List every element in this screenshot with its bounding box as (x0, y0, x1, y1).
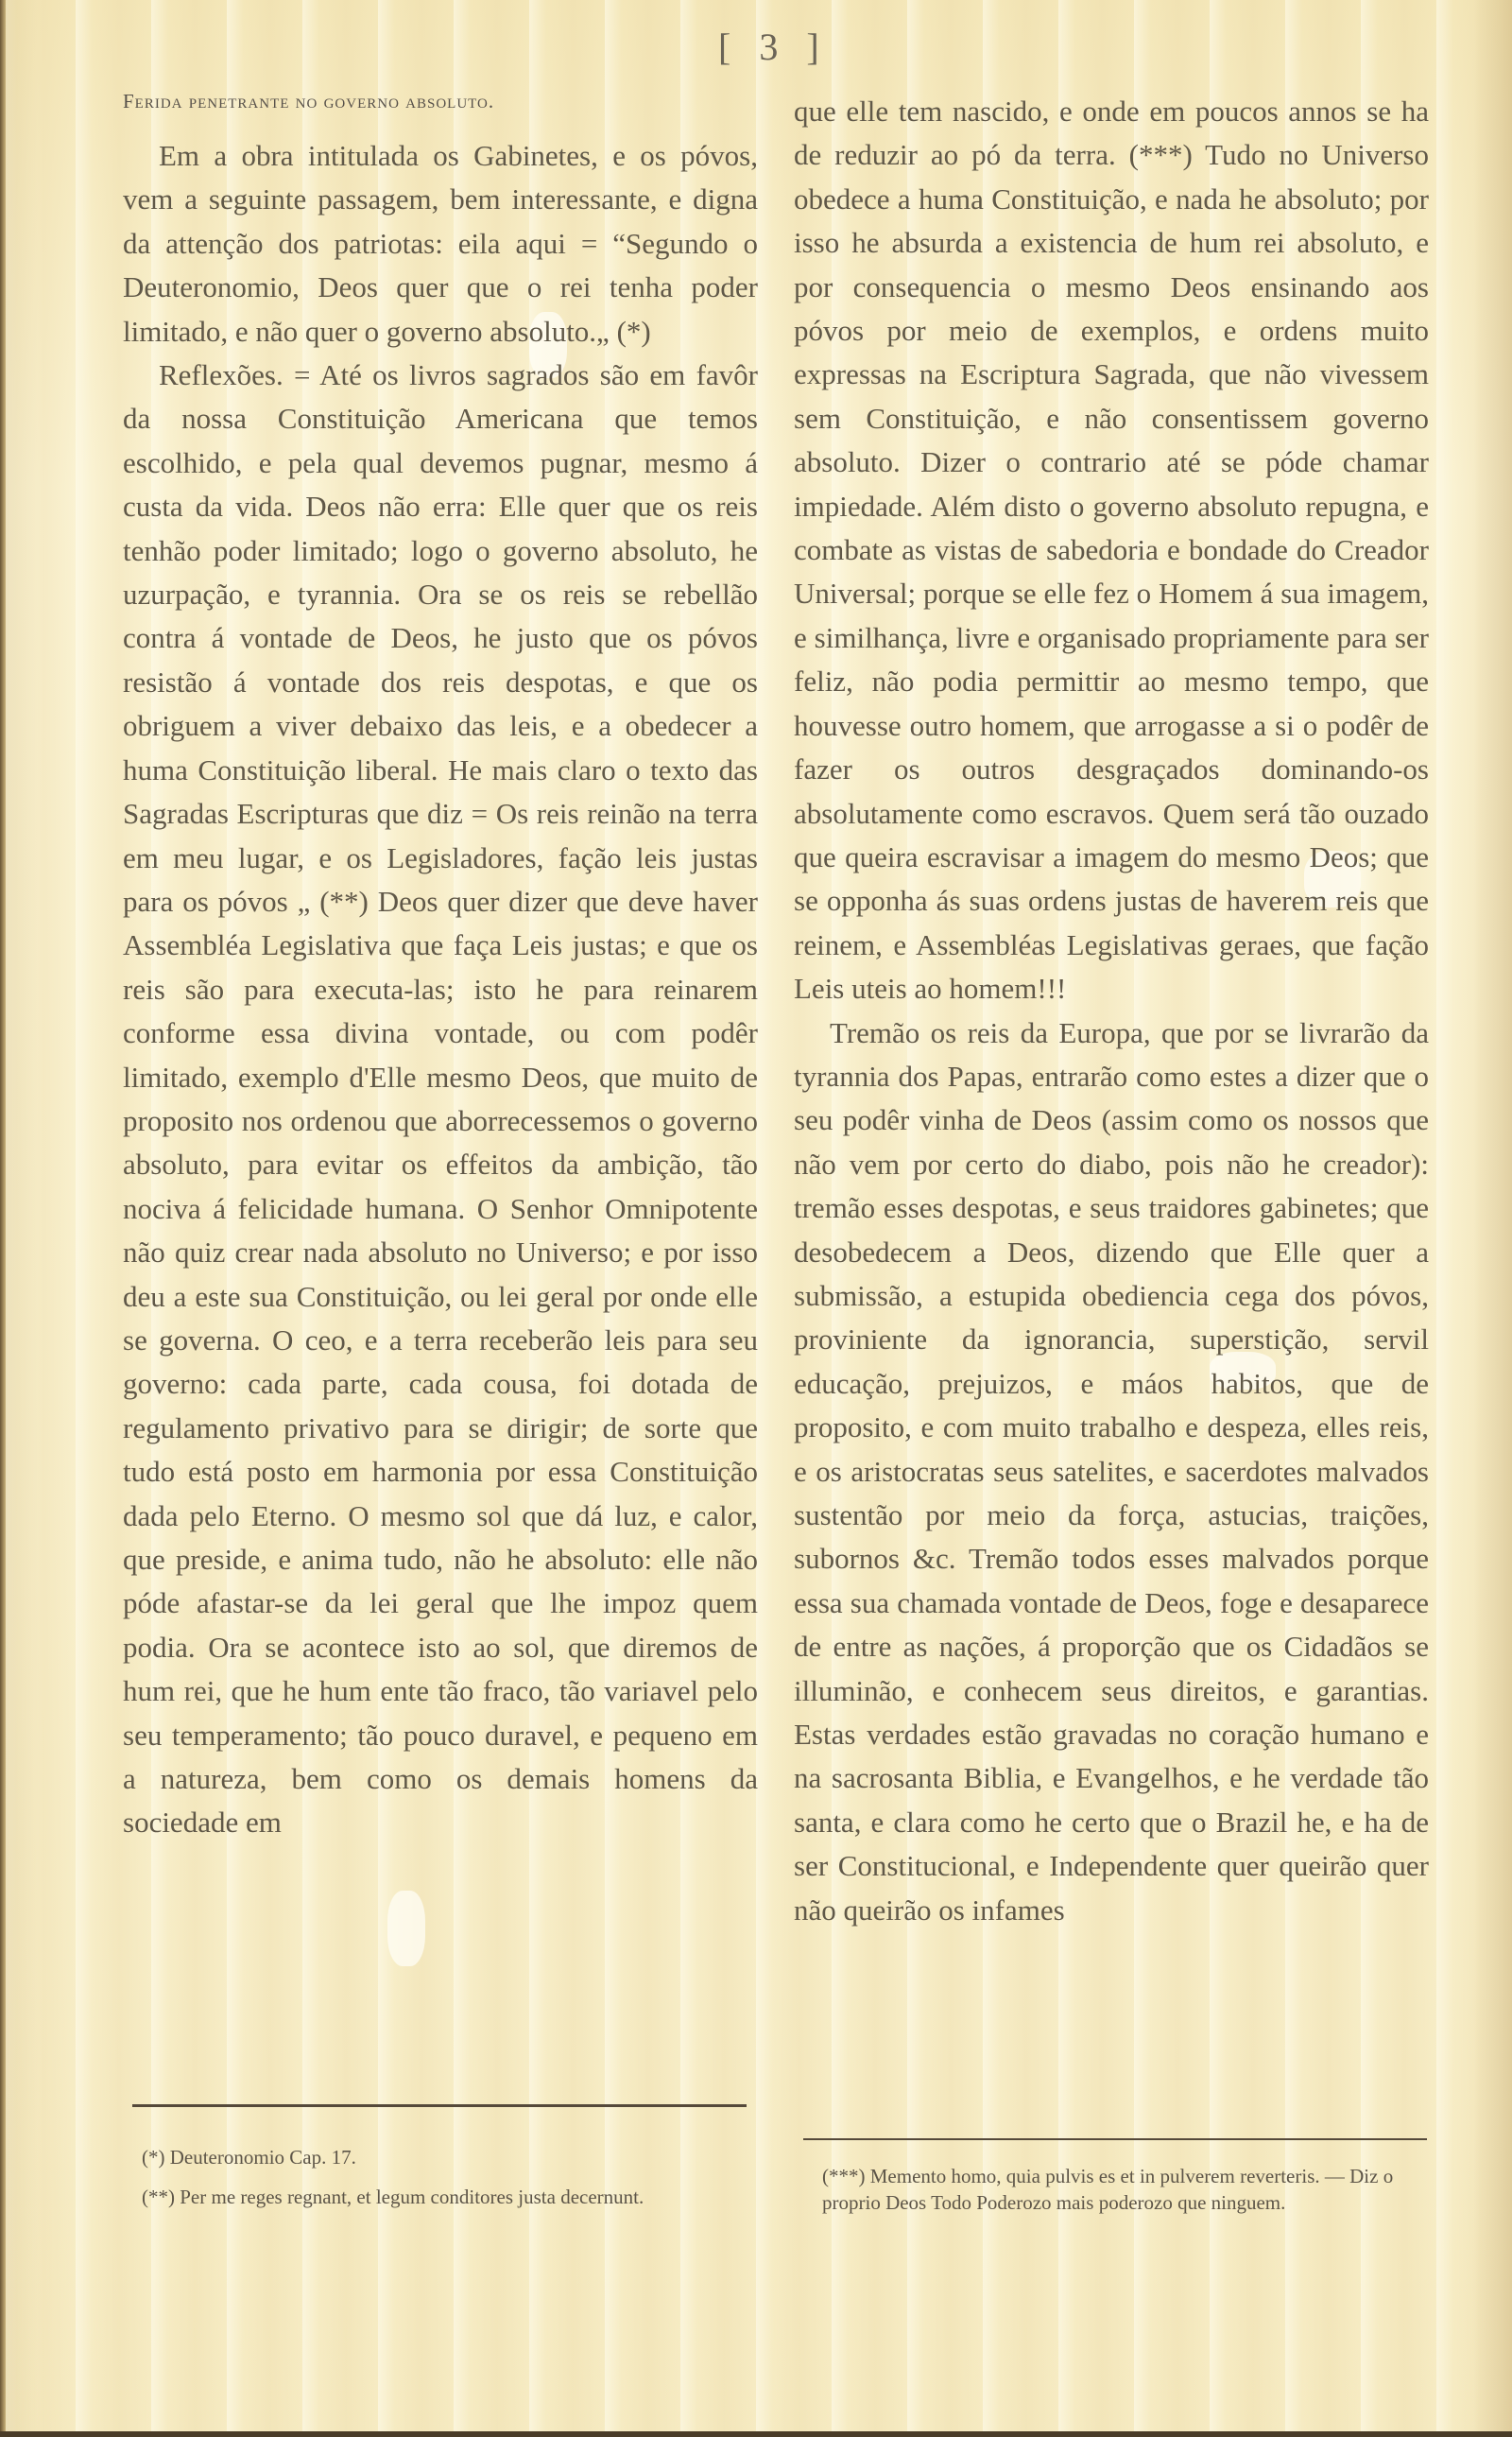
page-number: [ 3 ] (718, 25, 829, 69)
left-column-body: Em a obra intitulada os Gabinetes, e os … (123, 134, 758, 1845)
paragraph: que elle tem nascido, e onde em poucos a… (794, 90, 1429, 1011)
footnotes-left: (*) Deuteronomio Cap. 17. (**) Per me re… (142, 2144, 747, 2223)
right-column-body: que elle tem nascido, e onde em poucos a… (794, 90, 1429, 1932)
page-left-edge (0, 0, 6, 2437)
footnote: (***) Memento homo, quia pulvis es et in… (822, 2163, 1446, 2216)
footnote-divider-right (803, 2138, 1427, 2140)
article-heading: Ferida penetrante no governo absoluto. (123, 90, 758, 113)
paper-stain (387, 1891, 425, 1966)
footnotes-right: (***) Memento homo, quia pulvis es et in… (822, 2163, 1446, 2229)
paragraph: Em a obra intitulada os Gabinetes, e os … (123, 134, 758, 354)
paragraph: Tremão os reis da Europa, que por se liv… (794, 1011, 1429, 1933)
page-bottom-edge (0, 2431, 1512, 2437)
paragraph: Reflexões. = Até os livros sagrados são … (123, 354, 758, 1845)
footnote: (*) Deuteronomio Cap. 17. (142, 2144, 747, 2170)
left-column: Ferida penetrante no governo absoluto. E… (123, 90, 758, 1845)
footnote: (**) Per me reges regnant, et legum cond… (142, 2184, 747, 2210)
right-column: que elle tem nascido, e onde em poucos a… (794, 90, 1429, 1932)
footnote-divider-left (132, 2104, 747, 2107)
